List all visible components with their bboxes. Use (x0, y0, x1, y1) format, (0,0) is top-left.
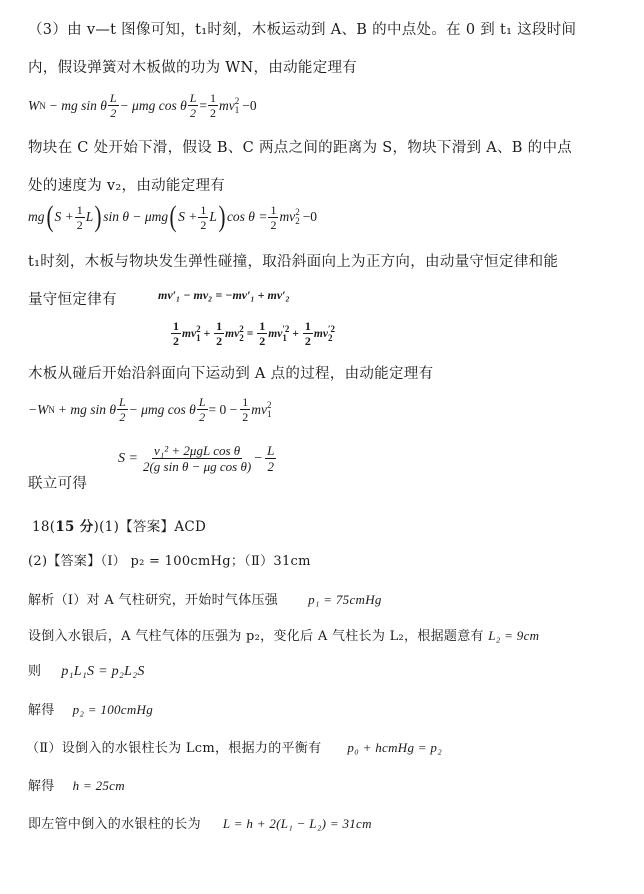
left-paren: ( (46, 202, 53, 232)
fraction: v₁² + 2μgL cos θ2(g sin θ − μg cos θ) (143, 444, 251, 473)
right-paren: ) (95, 202, 102, 232)
eq-term: L (86, 209, 94, 225)
eq-sign: = (199, 98, 207, 114)
paragraph-line: 处的速度为 v₂，由动能定理有 (28, 176, 225, 196)
eq-sub: N (39, 101, 46, 111)
paragraph-line: 联立可得 (28, 474, 87, 494)
analysis-line: 则p₁L₁S = p₂L₂S (28, 662, 145, 682)
equation-result-s: S = v₁² + 2μgL cos θ2(g sin θ − μg cos θ… (118, 444, 277, 473)
eq-term: L (209, 209, 217, 225)
analysis-line: 设倒入水银后，A 气柱气体的压强为 p₂，变化后 A 气柱长为 L₂，根据题意有… (28, 626, 539, 647)
eq-term: W (28, 98, 39, 114)
left-paren: ( (170, 202, 177, 232)
paragraph-line: 内，假设弹簧对木板做的功为 WN，由动能定理有 (28, 58, 357, 78)
fraction: L2 (108, 92, 119, 119)
paragraph-line: （3）由 v—t 图像可知，t₁时刻，木板运动到 A、B 的中点处。在 0 到 … (28, 20, 576, 40)
right-paren: ) (218, 202, 225, 232)
paragraph-line: 物块在 C 处开始下滑，假设 B、C 两点之间的距离为 S，物块下滑到 A、B … (28, 138, 572, 158)
analysis-line: 即左管中倒入的水银柱的长为L = h + 2(L₁ − L₂) = 31cm (28, 814, 372, 835)
eq-term: − μmg cos θ (120, 98, 187, 114)
question-18-header: 18(15 分)(1)【答案】ACD (32, 517, 206, 537)
eq-term: mg (28, 209, 45, 225)
analysis-line: 解得p₂ = 100cmHg (28, 700, 153, 721)
fraction: L2 (265, 444, 276, 473)
equation-work-energy-3: −WN + mg sin θ L2 − μmg cos θ L2 = 0 − 1… (28, 396, 271, 423)
answer-line: (2)【答案】（Ⅰ） p₂ = 100cmHg；（Ⅱ）31cm (28, 552, 311, 572)
eq-term: −0 (303, 209, 317, 225)
fraction: 12 (268, 204, 278, 231)
eq-term: −0 (242, 98, 256, 114)
fraction: 12 (171, 320, 181, 347)
equation-momentum: mv′₁ − mv₂ = −mv′₁ + mv′₂ (158, 288, 290, 303)
eq-term: sin θ − μmg (103, 209, 168, 225)
equation-energy-conservation: 12 mv21 + 12 mv22 = 12 mv′21 + 12 mv′22 (170, 320, 335, 347)
fraction: 12 (240, 396, 250, 423)
eq-term: S + (55, 209, 74, 225)
equation-work-energy-2: mg ( S + 12 L ) sin θ − μmg ( S + 12 L )… (28, 202, 317, 232)
fraction: 12 (303, 320, 313, 347)
paragraph-line: 量守恒定律有 (28, 290, 117, 310)
fraction: 12 (75, 204, 85, 231)
analysis-line: 解析（Ⅰ）对 A 气柱研究，开始时气体压强p₁ = 75cmHg (28, 590, 382, 611)
eq-term: − mg sin θ (49, 98, 107, 114)
fraction: L2 (188, 92, 199, 119)
fraction: 12 (257, 320, 267, 347)
analysis-line: 解得h = 25cm (28, 776, 125, 797)
equation-work-energy-1: WN − mg sin θ L2 − μmg cos θ L2 = 12 mv2… (28, 92, 257, 119)
fraction: L2 (197, 396, 208, 423)
eq-term: mv (219, 98, 235, 114)
paragraph-line: 木板从碰后开始沿斜面向下运动到 A 点的过程，由动能定理有 (28, 364, 433, 384)
fraction: L2 (117, 396, 128, 423)
eq-term: cos θ = (227, 209, 268, 225)
eq-term: mv (279, 209, 295, 225)
document-page: （3）由 v—t 图像可知，t₁时刻，木板运动到 A、B 的中点处。在 0 到 … (0, 0, 644, 894)
paragraph-line: t₁时刻，木板与物块发生弹性碰撞，取沿斜面向上为正方向，由动量守恒定律和能 (28, 252, 558, 272)
fraction: 12 (198, 204, 208, 231)
fraction: 12 (208, 92, 218, 119)
fraction: 12 (214, 320, 224, 347)
eq-term: S + (178, 209, 197, 225)
analysis-line: （Ⅱ）设倒入的水银柱长为 Lcm，根据力的平衡有p₀ + hcmHg = p₂ (26, 738, 442, 759)
